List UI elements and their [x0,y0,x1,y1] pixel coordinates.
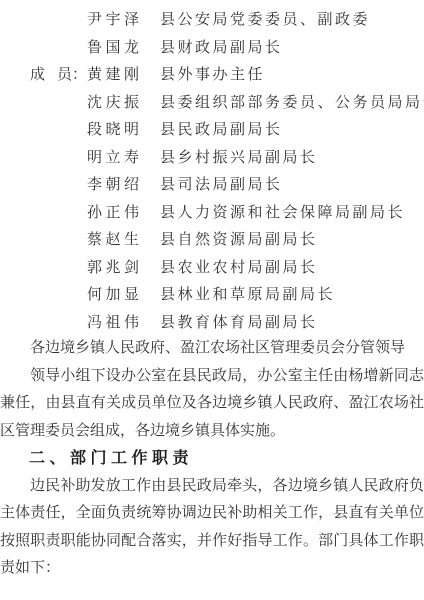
role-label: 成 员： [30,63,87,84]
member-name: 黄建刚 [87,63,160,84]
duty-paragraph: 边民补助发放工作由县民政局牵头，各边境乡镇人民政府负主体责任，全面负责统筹协调边… [0,473,424,583]
member-name: 鲁国龙 [87,36,160,57]
member-row: 李朝绍 县司法局副局长 [0,170,424,198]
member-row: 鲁国龙 县财政局副局长 [0,33,424,61]
member-row: 郭兆剑 县农业农村局副局长 [0,253,424,281]
role-label-part2: 员： [57,63,87,84]
member-row: 蔡赵生 县自然资源局副局长 [0,225,424,253]
member-title: 县农业农村局副局长 [160,256,318,277]
member-title: 县人力资源和社会保障局副局长 [160,201,405,222]
member-name: 明立寿 [87,146,160,167]
member-row: 沈庆振 县委组织部部务委员、公务员局局长 [0,88,424,116]
member-name: 何加显 [87,283,160,304]
member-title: 县民政局副局长 [160,118,283,139]
member-title: 县教育体育局副局长 [160,311,318,332]
section-heading: 二、部门工作职责 [0,445,424,473]
trailing-member-line: 各边境乡镇人民政府、盈江农场社区管理委员会分管领导 [0,335,424,363]
member-row: 孙正伟 县人力资源和社会保障局副局长 [0,198,424,226]
member-row: 明立寿 县乡村振兴局副局长 [0,143,424,171]
member-name: 沈庆振 [87,91,160,112]
member-title: 县委组织部部务委员、公务员局局长 [160,91,424,112]
member-title: 县公安局党委委员、副政委 [160,8,370,29]
member-name: 郭兆剑 [87,256,160,277]
member-row: 成 员： 黄建刚 县外事办主任 [0,60,424,88]
member-title: 县自然资源局副局长 [160,228,318,249]
member-title: 县司法局副局长 [160,173,283,194]
member-title: 县林业和草原局副局长 [160,283,335,304]
member-title: 县财政局副局长 [160,36,283,57]
member-list: 尹宇泽 县公安局党委委员、副政委 鲁国龙 县财政局副局长 成 员： 黄建刚 县外… [0,5,424,335]
member-name: 冯祖伟 [87,311,160,332]
member-row: 何加显 县林业和草原局副局长 [0,280,424,308]
member-row: 冯祖伟 县教育体育局副局长 [0,308,424,336]
role-label-part1: 成 [30,63,45,84]
member-name: 李朝绍 [87,173,160,194]
member-name: 尹宇泽 [87,8,160,29]
member-name: 孙正伟 [87,201,160,222]
member-row: 尹宇泽 县公安局党委委员、副政委 [0,5,424,33]
member-row: 段晓明 县民政局副局长 [0,115,424,143]
document-page: 尹宇泽 县公安局党委委员、副政委 鲁国龙 县财政局副局长 成 员： 黄建刚 县外… [0,0,424,600]
member-name: 段晓明 [87,118,160,139]
member-title: 县乡村振兴局副局长 [160,146,318,167]
member-title: 县外事办主任 [160,63,265,84]
member-name: 蔡赵生 [87,228,160,249]
office-paragraph: 领导小组下设办公室在县民政局，办公室主任由杨增新同志兼任，由县直有关成员单位及各… [0,363,424,446]
